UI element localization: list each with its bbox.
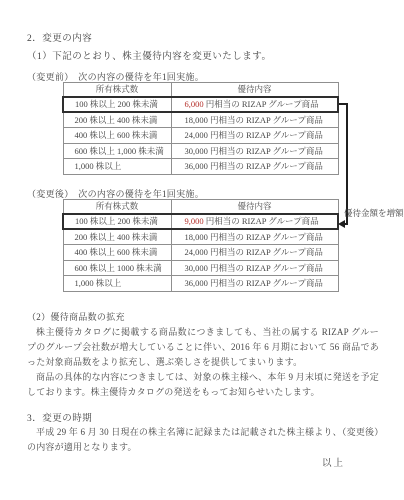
- after-benefit-table: 所有株式数 優待内容 100 株以上 200 株未満9,000 円相当の RIZ…: [62, 199, 339, 292]
- change-item1-text: （1）下記のとおり、株主優待内容を変更いたします。: [27, 48, 272, 62]
- shares-range-cell: 600 株以上 1000 株未満: [63, 260, 171, 276]
- expansion-section-title: （2）優待商品数の拡充: [27, 310, 125, 323]
- table-row: 200 株以上 400 株未満18,000 円相当の RIZAP グループ商品: [63, 229, 338, 245]
- increase-annotation-label: 優待金額を増額: [344, 207, 404, 219]
- shares-range-cell: 100 株以上 200 株未満: [63, 214, 171, 230]
- column-header-shares: 所有株式数: [63, 200, 171, 214]
- benefit-amount: 36,000: [185, 278, 208, 288]
- benefit-amount: 24,000: [185, 247, 208, 257]
- before-table-header: 所有株式数 優待内容: [63, 83, 338, 97]
- table-row: 1,000 株以上36,000 円相当の RIZAP グループ商品: [63, 276, 338, 292]
- column-header-shares: 所有株式数: [63, 83, 171, 97]
- before-benefit-table: 所有株式数 優待内容 100 株以上 200 株未満6,000 円相当の RIZ…: [62, 82, 339, 175]
- benefit-content-cell: 9,000 円相当の RIZAP グループ商品: [171, 214, 338, 230]
- benefit-amount: 18,000: [185, 115, 208, 125]
- shares-range-cell: 600 株以上 1,000 株未満: [63, 143, 171, 159]
- left-arrow-icon: [338, 220, 345, 228]
- benefit-amount: 36,000: [185, 161, 208, 171]
- benefit-content-cell: 30,000 円相当の RIZAP グループ商品: [171, 143, 338, 159]
- table-row: 1,000 株以上36,000 円相当の RIZAP グループ商品: [63, 159, 338, 175]
- benefit-amount: 30,000: [185, 263, 208, 273]
- shares-range-cell: 400 株以上 600 株未満: [63, 128, 171, 144]
- table-row: 100 株以上 200 株未満9,000 円相当の RIZAP グループ商品: [63, 214, 338, 230]
- after-table-header: 所有株式数 優待内容: [63, 200, 338, 214]
- benefit-content-cell: 18,000 円相当の RIZAP グループ商品: [171, 229, 338, 245]
- table-row: 400 株以上 600 株未満24,000 円相当の RIZAP グループ商品: [63, 245, 338, 261]
- benefit-amount: 9,000: [185, 216, 204, 226]
- document-page: { "colors": { "accent_red": "#b5312c", "…: [0, 0, 404, 500]
- column-header-benefit: 優待内容: [171, 83, 338, 97]
- benefit-content-cell: 24,000 円相当の RIZAP グループ商品: [171, 245, 338, 261]
- benefit-content-cell: 36,000 円相当の RIZAP グループ商品: [171, 159, 338, 175]
- table-row: 400 株以上 600 株未満24,000 円相当の RIZAP グループ商品: [63, 128, 338, 144]
- after-table-body: 100 株以上 200 株未満9,000 円相当の RIZAP グループ商品20…: [63, 214, 338, 292]
- benefit-content-cell: 36,000 円相当の RIZAP グループ商品: [171, 276, 338, 292]
- table-row: 600 株以上 1,000 株未満30,000 円相当の RIZAP グループ商…: [63, 143, 338, 159]
- timing-section-title: 3．変更の時期: [27, 410, 92, 424]
- benefit-amount: 30,000: [185, 146, 208, 156]
- benefit-amount: 6,000: [185, 99, 204, 109]
- benefit-amount: 24,000: [185, 130, 208, 140]
- benefit-amount: 18,000: [185, 232, 208, 242]
- benefit-content-cell: 30,000 円相当の RIZAP グループ商品: [171, 260, 338, 276]
- table-row: 200 株以上 400 株未満18,000 円相当の RIZAP グループ商品: [63, 112, 338, 128]
- benefit-content-cell: 6,000 円相当の RIZAP グループ商品: [171, 97, 338, 113]
- closing-word: 以上: [322, 455, 345, 469]
- shares-range-cell: 400 株以上 600 株未満: [63, 245, 171, 261]
- expansion-paragraph-1: 株主優待カタログに掲載する商品数につきましても、当社の属する RIZAP グルー…: [27, 325, 379, 370]
- before-table-body: 100 株以上 200 株未満6,000 円相当の RIZAP グループ商品20…: [63, 97, 338, 175]
- expansion-paragraph-2: 商品の具体的な内容につきましては、対象の株主様へ、本年 9 月末頃に発送を予定し…: [27, 370, 379, 400]
- shares-range-cell: 200 株以上 400 株未満: [63, 112, 171, 128]
- benefit-content-cell: 18,000 円相当の RIZAP グループ商品: [171, 112, 338, 128]
- shares-range-cell: 1,000 株以上: [63, 159, 171, 175]
- table-row: 600 株以上 1000 株未満30,000 円相当の RIZAP グループ商品: [63, 260, 338, 276]
- column-header-benefit: 優待内容: [171, 200, 338, 214]
- benefit-content-cell: 24,000 円相当の RIZAP グループ商品: [171, 128, 338, 144]
- shares-range-cell: 100 株以上 200 株未満: [63, 97, 171, 113]
- section-change-title: 2．変更の内容: [27, 30, 92, 44]
- table-row: 100 株以上 200 株未満6,000 円相当の RIZAP グループ商品: [63, 97, 338, 113]
- timing-paragraph: 平成 29 年 6 月 30 日現在の株主名簿に記録または記載された株主様より、…: [27, 425, 379, 455]
- shares-range-cell: 200 株以上 400 株未満: [63, 229, 171, 245]
- shares-range-cell: 1,000 株以上: [63, 276, 171, 292]
